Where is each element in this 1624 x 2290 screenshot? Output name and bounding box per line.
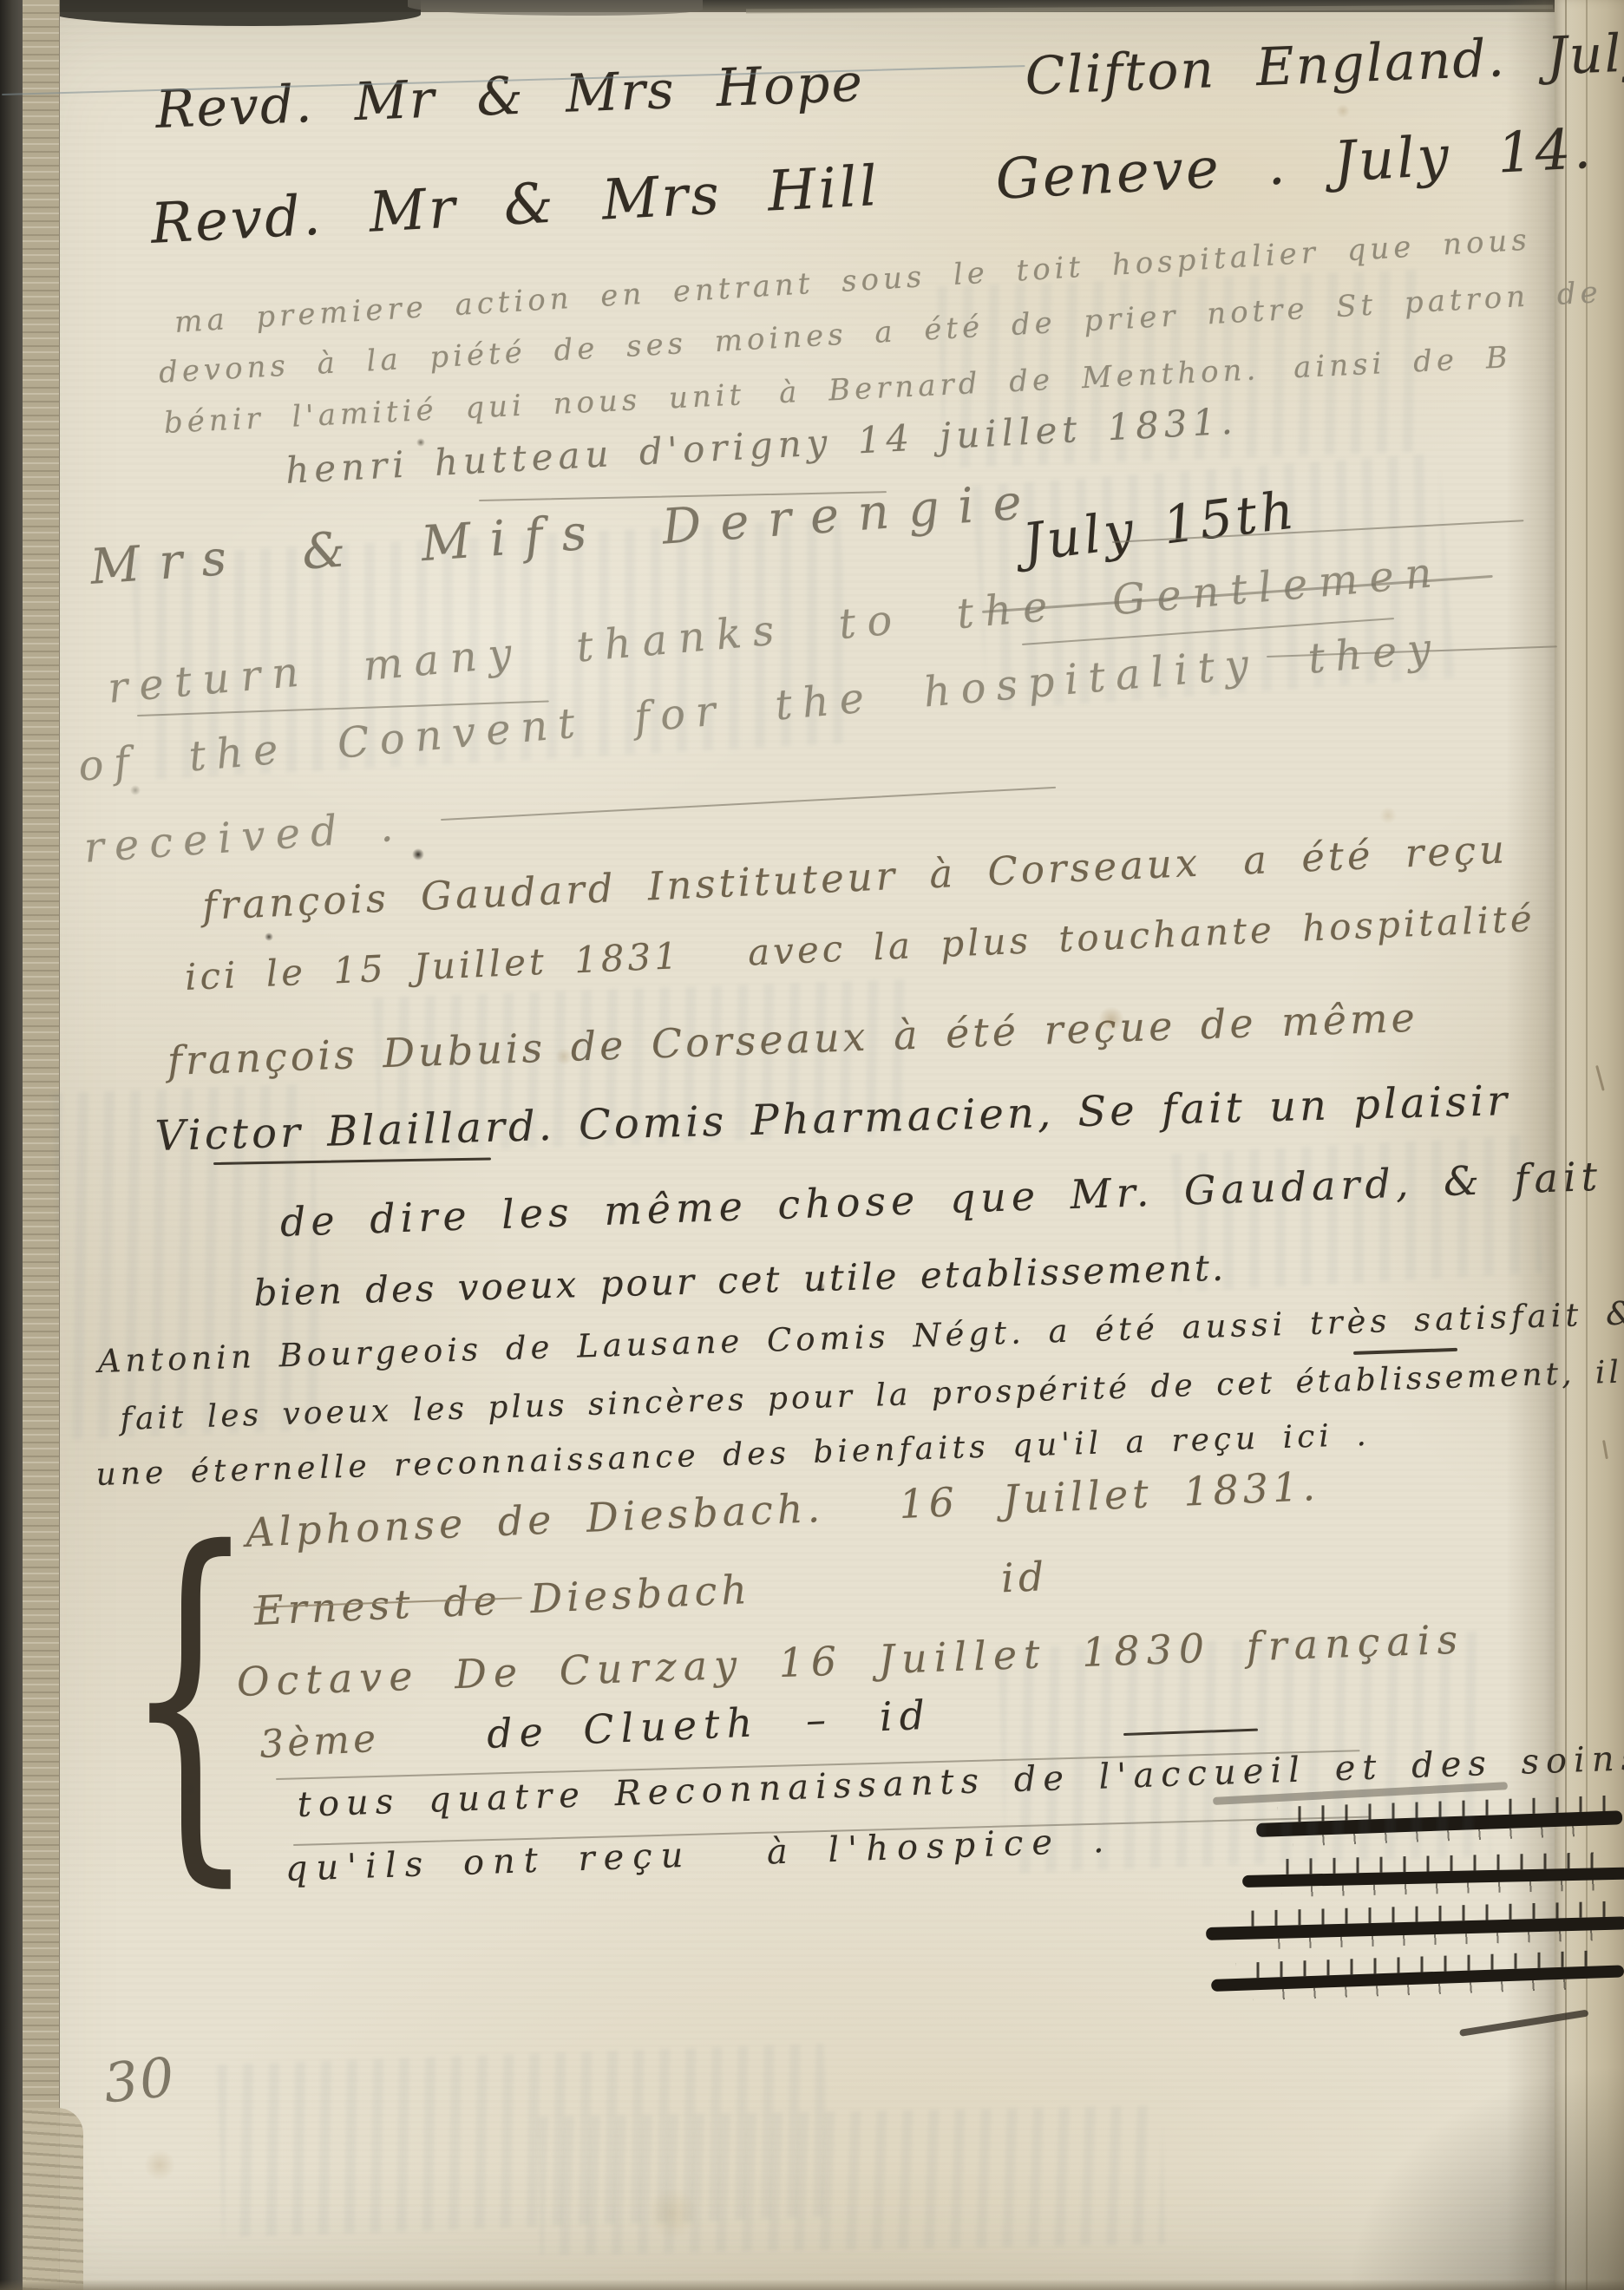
binding-tape-blob bbox=[48, 0, 421, 26]
paper-stain bbox=[1336, 104, 1350, 118]
manuscript-line: qu'ils ont reçu à l'hospice . bbox=[285, 1821, 1113, 1889]
ink-showthrough bbox=[937, 269, 1429, 468]
ink-rule bbox=[441, 787, 1056, 821]
page-stack-corner bbox=[23, 2108, 83, 2290]
paper-stain bbox=[265, 932, 273, 941]
corner-shadow bbox=[1346, 2064, 1624, 2290]
ink-showthrough bbox=[538, 2105, 1165, 2255]
binding-tape-blob bbox=[408, 0, 703, 16]
ink-showthrough bbox=[130, 518, 852, 781]
strikethrough-scribble bbox=[1206, 1916, 1624, 1940]
manuscript-line: 3ème bbox=[259, 1717, 380, 1767]
paper-stain bbox=[180, 1780, 200, 1799]
strikethrough-scribble bbox=[1211, 1965, 1624, 1992]
ink-showthrough bbox=[998, 1631, 1491, 1873]
book-binding-left bbox=[0, 0, 23, 2290]
paper-stain bbox=[1379, 807, 1397, 824]
ink-showthrough bbox=[1171, 1135, 1542, 1292]
ink-showthrough bbox=[972, 453, 1455, 710]
paper-stain bbox=[815, 1282, 826, 1292]
facing-page-edge-right bbox=[1555, 0, 1624, 2290]
manuscript-line: Revd. Mr & Mrs Hope Clifton England. Jul… bbox=[154, 17, 1624, 141]
strikethrough-scribble bbox=[1242, 1868, 1624, 1888]
manuscript-line: Ernest de Diesbach id bbox=[253, 1553, 1049, 1634]
ink-rule bbox=[1353, 1348, 1457, 1355]
manuscript-page-photo: 30 Revd. Mr & Mrs Hope Clifton England. … bbox=[0, 0, 1624, 2290]
paper-stain bbox=[416, 438, 425, 447]
ink-showthrough bbox=[373, 978, 916, 1154]
paper-stain bbox=[130, 785, 141, 795]
manuscript-line: bien des voeux pour cet utile etablissem… bbox=[253, 1246, 1227, 1314]
page-number: 30 bbox=[101, 2045, 179, 2115]
manuscript-line: received . bbox=[82, 801, 405, 873]
paper-stain bbox=[1098, 1006, 1124, 1032]
manuscript-line: de Clueth – id bbox=[486, 1691, 933, 1757]
paper-stain bbox=[412, 848, 424, 860]
ink-showthrough bbox=[52, 1084, 324, 1440]
paper-stain bbox=[144, 2149, 175, 2181]
